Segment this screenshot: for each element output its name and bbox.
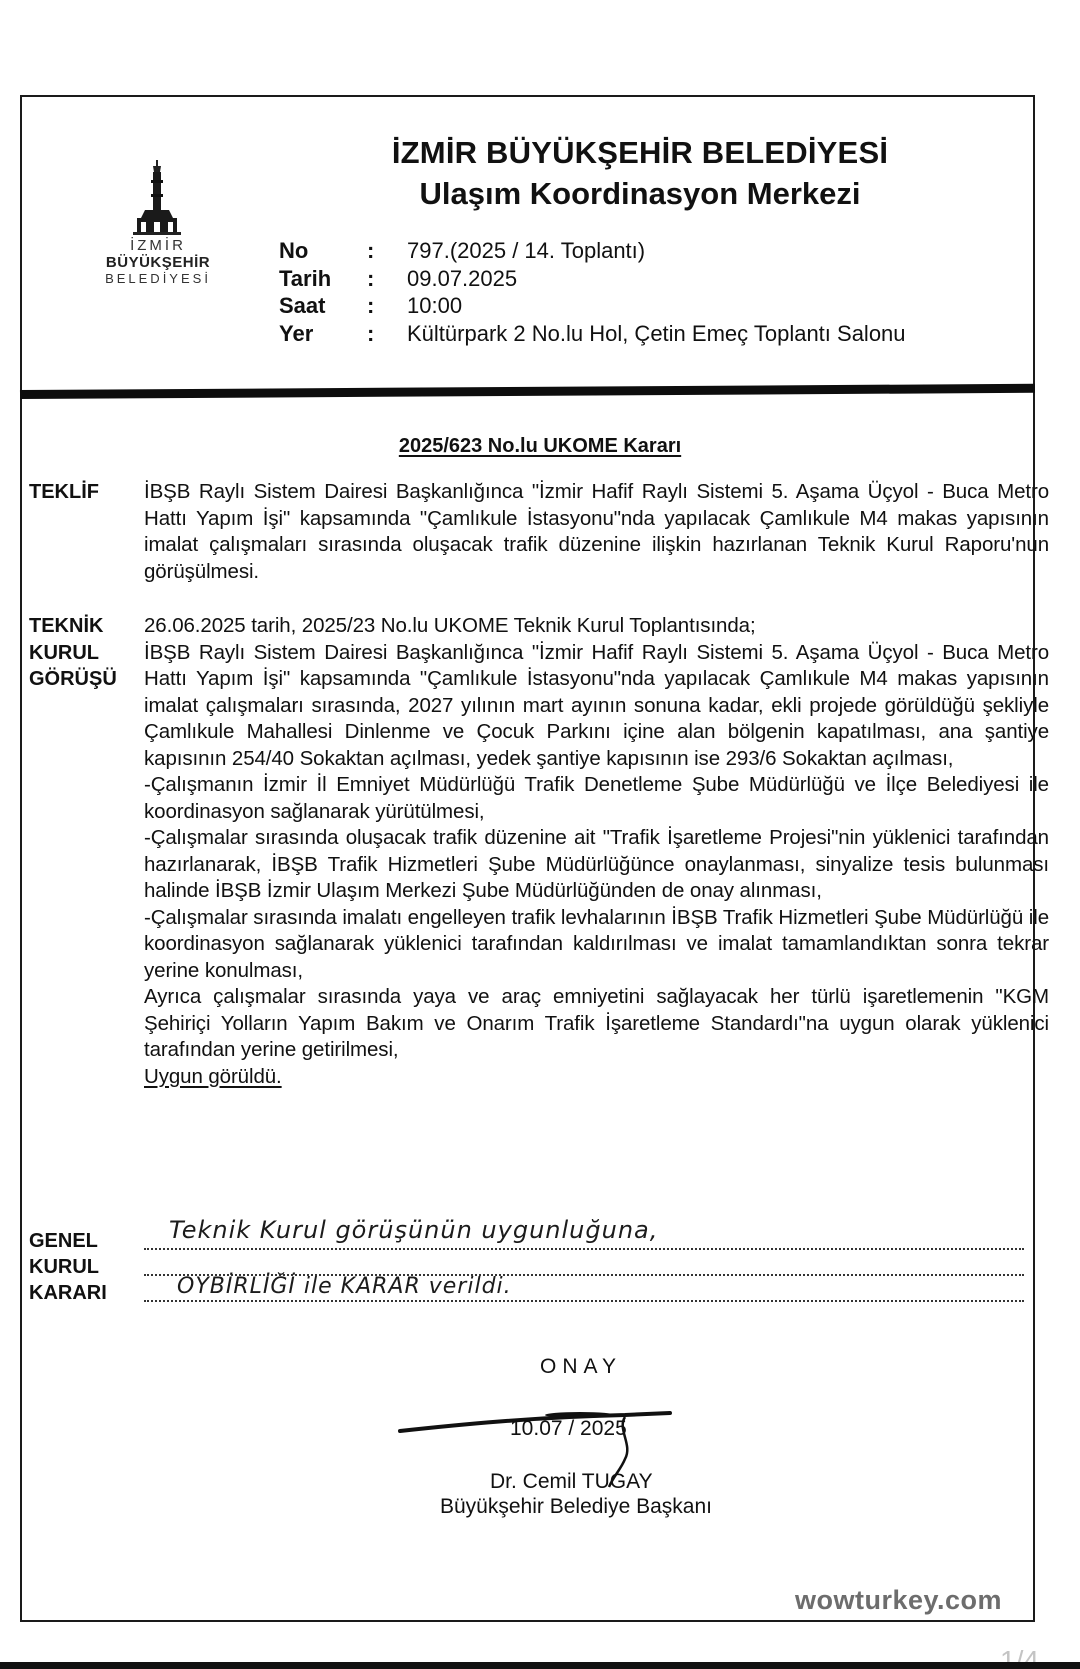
teknik-kurul-text: 26.06.2025 tarih, 2025/23 No.lu UKOME Te… <box>144 613 1049 1090</box>
conclusion: Uygun görüldü. <box>144 1064 1049 1091</box>
meta-sep: : <box>367 265 407 293</box>
meeting-meta: No : 797.(2025 / 14. Toplantı) Tarih : 0… <box>279 237 906 347</box>
paragraph: -Çalışmalar sırasında oluşacak trafik dü… <box>144 825 1049 905</box>
paragraph: -Çalışmalar sırasında imalatı engelleyen… <box>144 905 1049 985</box>
paragraph: -Çalışmanın İzmir İl Emniyet Müdürlüğü T… <box>144 772 1049 825</box>
meta-value: Kültürpark 2 No.lu Hol, Çetin Emeç Topla… <box>407 320 906 348</box>
logo-line-izmir: İZMİR <box>78 238 238 254</box>
municipality-logo: İZMİR BÜYÜKŞEHİR BELEDİYESİ <box>78 160 238 286</box>
meta-key: Tarih <box>279 265 367 293</box>
approval-date: 10.07 / 2025 <box>510 1417 627 1441</box>
org-title: İZMİR BÜYÜKŞEHİR BELEDİYESİ <box>320 135 960 171</box>
teknik-kurul-label: TEKNİK KURUL GÖRÜŞÜ <box>29 613 117 693</box>
signer-title: Büyükşehir Belediye Başkanı <box>440 1495 712 1519</box>
approval-heading: ONAY <box>540 1355 622 1379</box>
teklif-text: İBŞB Raylı Sistem Dairesi Başkanlığınca … <box>144 479 1049 585</box>
paragraph: İBŞB Raylı Sistem Dairesi Başkanlığınca … <box>144 640 1049 773</box>
label-line: KURUL <box>29 640 117 667</box>
label-line: GÖRÜŞÜ <box>29 666 117 693</box>
bottom-edge <box>0 1662 1080 1669</box>
meta-key: Saat <box>279 292 367 320</box>
label-line: KARARI <box>29 1280 107 1306</box>
meta-row-tarih: Tarih : 09.07.2025 <box>279 265 906 293</box>
watermark: wowturkey.com <box>795 1585 1002 1616</box>
meta-sep: : <box>367 292 407 320</box>
meta-row-no: No : 797.(2025 / 14. Toplantı) <box>279 237 906 265</box>
paragraph: 26.06.2025 tarih, 2025/23 No.lu UKOME Te… <box>144 613 1049 640</box>
meta-value: 09.07.2025 <box>407 265 517 293</box>
meta-sep: : <box>367 237 407 265</box>
label-line: TEKNİK <box>29 613 117 640</box>
meta-row-yer: Yer : Kültürpark 2 No.lu Hol, Çetin Emeç… <box>279 320 906 348</box>
decision-title: 2025/623 No.lu UKOME Kararı <box>0 435 1080 458</box>
label-line: KURUL <box>29 1254 107 1280</box>
logo-line-belediyesi: BELEDİYESİ <box>78 271 238 286</box>
unit-title: Ulaşım Koordinasyon Merkezi <box>320 176 960 212</box>
handwritten-line-3: OYBİRLİĞİ ile KARAR verildi. <box>177 1274 512 1299</box>
signer-name: Dr. Cemil TUGAY <box>490 1470 653 1494</box>
teklif-paragraph: İBŞB Raylı Sistem Dairesi Başkanlığınca … <box>144 479 1049 585</box>
meta-row-saat: Saat : 10:00 <box>279 292 906 320</box>
meta-value: 10:00 <box>407 292 462 320</box>
paragraph: Ayrıca çalışmalar sırasında yaya ve araç… <box>144 984 1049 1064</box>
handwritten-line-1: Teknik Kurul görüşünün uygunluğuna, <box>169 1216 658 1244</box>
clock-tower-icon <box>123 160 193 236</box>
meta-key: Yer <box>279 320 367 348</box>
dotted-line <box>144 1248 1024 1276</box>
meta-sep: : <box>367 320 407 348</box>
genel-kurul-label: GENEL KURUL KARARI <box>29 1228 107 1306</box>
label-line: GENEL <box>29 1228 107 1254</box>
meta-key: No <box>279 237 367 265</box>
logo-line-buyuksehir: BÜYÜKŞEHİR <box>78 254 238 271</box>
teklif-label: TEKLİF <box>29 479 99 506</box>
meta-value: 797.(2025 / 14. Toplantı) <box>407 237 645 265</box>
